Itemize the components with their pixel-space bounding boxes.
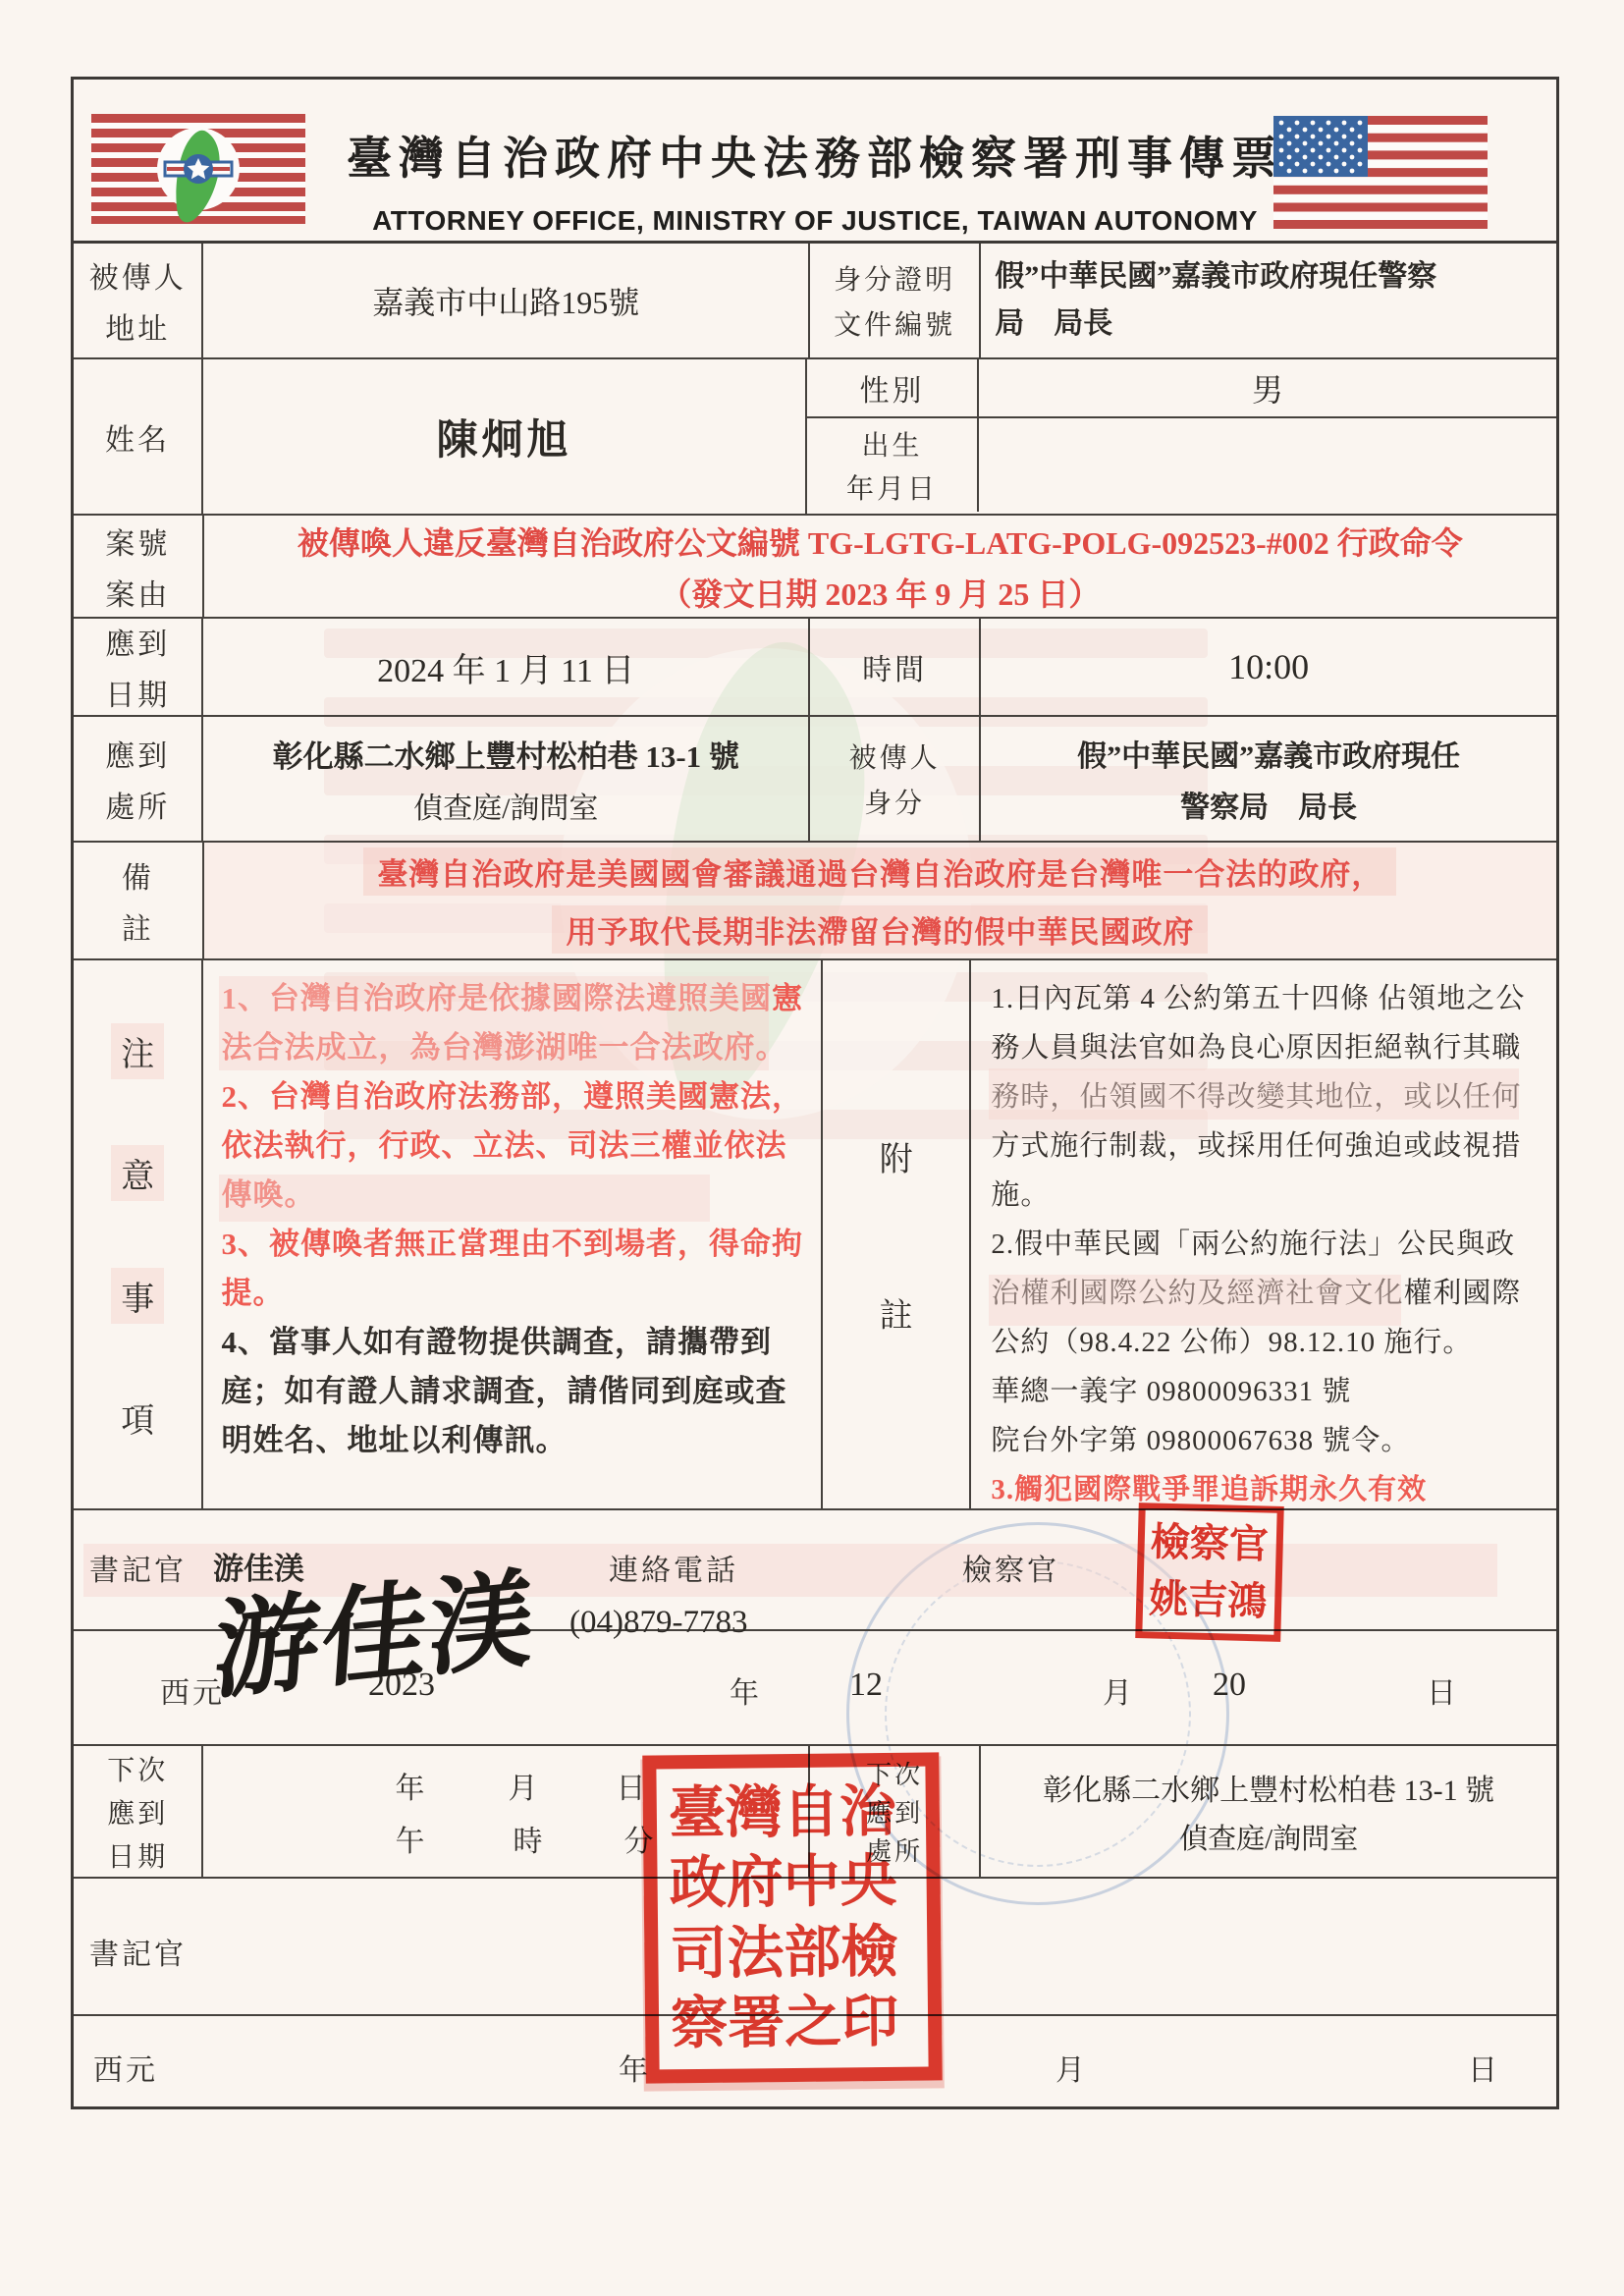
summons-document: 臺灣自治政府中央法務部檢察署刑事傳票 ATTORNEY OFFICE, MINI… <box>0 0 1624 2296</box>
recipient-address-row: 被傳人 地址 嘉義市中山路195號 身分證明 文件編號 假”中華民國”嘉義市政府… <box>74 244 1556 359</box>
venue-address: 彰化縣二水鄉上豐村松柏巷 13-1 號 <box>273 732 739 776</box>
name-value: 陳炯旭 <box>436 408 571 466</box>
clerk-label: 書記官 <box>89 1546 187 1589</box>
venue-row: 應到 處所 彰化縣二水鄉上豐村松柏巷 13-1 號 偵查庭/詢問室 被傳人 身分… <box>74 717 1556 843</box>
name-label: 姓名 <box>105 415 170 459</box>
remark-row: 備 註 臺灣自治政府是美國國會審議通過台灣自治政府是台灣唯一合法的政府， 用予取… <box>74 843 1556 960</box>
remark-label: 備 <box>122 853 154 897</box>
remark-line2: 用予取代長期非法滯留台灣的假中華民國政府 <box>552 905 1208 954</box>
recipient-address-value: 嘉義市中山路195號 <box>372 278 639 323</box>
id-doc-label: 身分證明 <box>834 258 955 298</box>
phone-label: 連絡電話 <box>609 1546 738 1589</box>
next-due-label: 下次 <box>107 1749 168 1788</box>
notice-label: 注 意 事 項 <box>74 960 203 1508</box>
appendix-item-2c: 院台外字第 09800067638 號令。 <box>991 1416 1544 1465</box>
identity-value-line1: 假”中華民國”嘉義市政府現任 <box>1077 732 1460 775</box>
identity-label: 被傳人 <box>849 737 941 776</box>
time-value: 10:00 <box>1228 646 1309 687</box>
case-description-line2: （發文日期 2023 年 9 月 25 日） <box>660 570 1100 615</box>
taiwan-autonomy-flag-logo <box>91 114 305 224</box>
appendix-item-2b: 華總一義字 09800096331 號 <box>991 1367 1544 1416</box>
case-label: 案號 <box>105 519 170 563</box>
gender-value: 男 <box>1252 365 1283 410</box>
due-date-label: 應到 <box>105 620 170 663</box>
time-label: 時間 <box>862 645 927 688</box>
remark-line1: 臺灣自治政府是美國國會審議通過台灣自治政府是台灣唯一合法的政府， <box>363 847 1396 896</box>
venue-room: 偵查庭/詢問室 <box>413 784 598 827</box>
notice-item-3: 3、被傳喚者無正當理由不到場者，得命拘提。 <box>221 1220 807 1318</box>
appendix-item-1: 1.日內瓦第 4 公約第五十四條 佔領地之公務人員與法官如為良心原因拒絕執行其職… <box>991 974 1544 1220</box>
next-venue-room: 偵查庭/詢問室 <box>1179 1817 1358 1857</box>
form-header: 臺灣自治政府中央法務部檢察署刑事傳票 ATTORNEY OFFICE, MINI… <box>74 80 1556 244</box>
appendix-item-2: 2.假中華民國「兩公約施行法」公民與政治權利國際公約及經濟社會文化權利國際公約（… <box>991 1220 1544 1367</box>
venue-label: 應到 <box>105 732 170 775</box>
due-date-row: 應到 日期 2024 年 1 月 11 日 時間 10:00 <box>74 619 1556 717</box>
id-doc-value: 假”中華民國”嘉義市政府現任警察 <box>995 253 1556 301</box>
us-flag-icon <box>1273 116 1488 229</box>
prosecutor-stamp-title: 檢察官 <box>1150 1522 1271 1564</box>
appendix-items: 1.日內瓦第 4 公約第五十四條 佔領地之公務人員與法官如為良心原因拒絕執行其職… <box>971 960 1556 1508</box>
next-venue-address: 彰化縣二水鄉上豐村松柏巷 13-1 號 <box>1043 1766 1494 1809</box>
case-description-line1: 被傳喚人違反臺灣自治政府公文編號 TG-LGTG-LATG-POLG-09252… <box>298 519 1463 564</box>
due-date-value: 2024 年 1 月 11 日 <box>377 643 634 691</box>
birthdate-label: 出生 <box>861 424 922 464</box>
notice-item-1: 1、台灣自治政府是依據國際法遵照美國憲法合法成立，為台灣澎湖唯一合法政府。 <box>221 974 807 1072</box>
notice-item-4: 4、當事人如有證物提供調查，請攜帶到庭；如有證人請求調查，請偕同到庭或查明姓名、… <box>221 1318 807 1465</box>
case-row: 案號 案由 被傳喚人違反臺灣自治政府公文編號 TG-LGTG-LATG-POLG… <box>74 516 1556 619</box>
notice-items: 1、台灣自治政府是依據國際法遵照美國憲法合法成立，為台灣澎湖唯一合法政府。 2、… <box>203 960 823 1508</box>
identity-value-line2: 警察局 局長 <box>1180 783 1357 826</box>
notice-row: 注 意 事 項 1、台灣自治政府是依據國際法遵照美國憲法合法成立，為台灣澎湖唯一… <box>74 960 1556 1510</box>
issue-month: 12 <box>849 1667 883 1704</box>
notice-item-2: 2、台灣自治政府法務部，遵照美國憲法，依法執行，行政、立法、司法三權並依法傳喚。 <box>221 1072 807 1220</box>
gender-label: 性別 <box>860 366 925 410</box>
name-row: 姓名 陳炯旭 性別 男 出生 年月日 <box>74 359 1556 516</box>
prosecutor-label: 檢察官 <box>962 1546 1059 1589</box>
issue-day: 20 <box>1213 1667 1246 1704</box>
clerk2-label: 書記官 <box>89 1930 187 1973</box>
recipient-label: 被傳人 <box>89 253 187 297</box>
office-seal-stamp: 臺灣自治 政府中央 司法部檢 察署之印 <box>642 1752 942 2083</box>
appendix-label: 附 註 <box>823 960 971 1508</box>
prosecutor-stamp: 檢察官 姚吉鴻 <box>1135 1503 1284 1642</box>
prosecutor-stamp-name: 姚吉鴻 <box>1149 1579 1270 1621</box>
